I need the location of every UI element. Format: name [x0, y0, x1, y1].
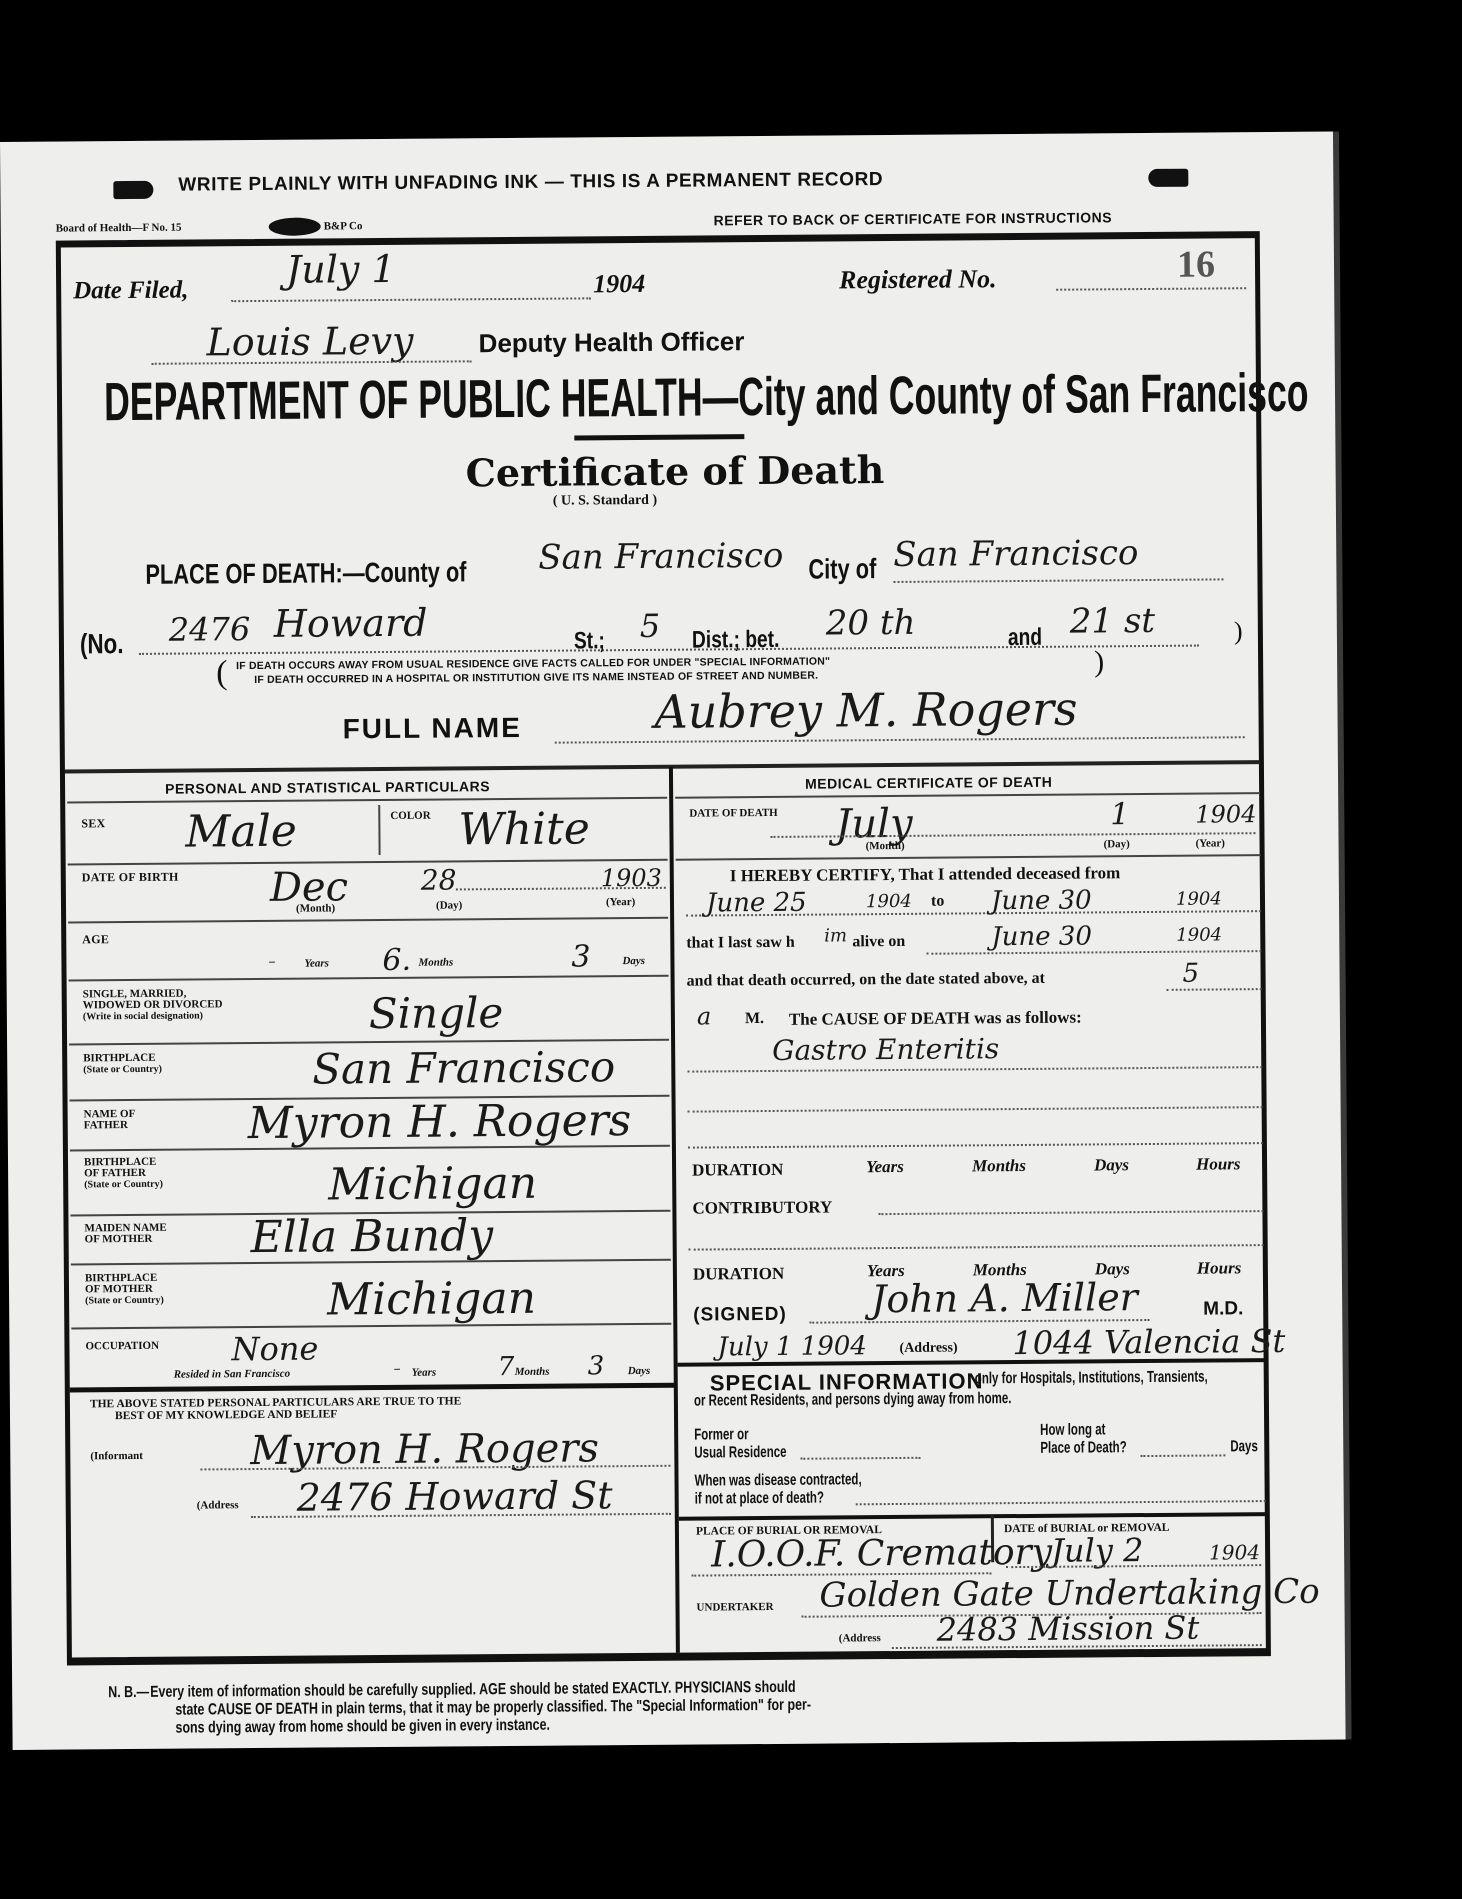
- attended-from-year: 1904: [866, 891, 912, 912]
- special-info-subtitle: only for Hospitals, Institutions, Transi…: [975, 1369, 1208, 1389]
- dob-month-caption: (Month): [296, 903, 335, 914]
- md-label: M.D.: [1203, 1298, 1243, 1320]
- informant-statement-2: BEST OF MY KNOWLEDGE AND BELIEF: [115, 1409, 337, 1422]
- duration-2-hours: Hours: [1197, 1258, 1242, 1278]
- dob-label: DATE OF BIRTH: [82, 871, 179, 884]
- duration-1-months: Months: [972, 1156, 1026, 1176]
- dob-year-caption: (Year): [606, 897, 635, 908]
- last-saw-label: that I last saw h: [686, 934, 795, 953]
- mother-birthplace-value: Michigan: [327, 1273, 536, 1326]
- informant-label: (Informant: [90, 1451, 143, 1462]
- father-value: Myron H. Rogers: [248, 1095, 632, 1149]
- between-street-2: 21 st: [1070, 601, 1155, 642]
- medical-section-title: MEDICAL CERTIFICATE OF DEATH: [805, 774, 1052, 792]
- cause-value: Gastro Enteritis: [772, 1032, 999, 1067]
- father-birthplace-label-2: OF FATHER: [84, 1168, 146, 1179]
- duration-1-years: Years: [866, 1157, 904, 1177]
- age-years-caption: Years: [304, 957, 329, 969]
- undertaker-address-label: (Address: [839, 1633, 881, 1644]
- physician-signature: John A. Miller: [871, 1275, 1138, 1321]
- color-label: COLOR: [390, 811, 430, 822]
- sex-value: Male: [185, 806, 297, 858]
- special-info-subtitle-2: or Recent Residents, and persons dying a…: [694, 1390, 1012, 1410]
- resided-years: –: [394, 1361, 401, 1377]
- how-long-label-1: How long at: [1040, 1421, 1105, 1440]
- resided-days-caption: Days: [628, 1365, 651, 1377]
- dod-year: 1904: [1195, 800, 1256, 828]
- city-label: City of: [808, 553, 876, 586]
- occupation-value: None: [231, 1330, 318, 1369]
- age-months: 6.: [382, 943, 411, 978]
- resided-months: 7: [498, 1352, 515, 1382]
- dod-day: 1: [1110, 797, 1129, 832]
- undertaker-label: UNDERTAKER: [696, 1602, 773, 1614]
- paren-close: ): [1234, 616, 1243, 646]
- pointing-hand-icon-right: [1148, 169, 1188, 187]
- age-days-caption: Days: [622, 955, 645, 967]
- cause-label: The CAUSE OF DEATH was as follows:: [789, 1008, 1082, 1030]
- department-title: DEPARTMENT OF PUBLIC HEALTH—City and Cou…: [104, 362, 1309, 433]
- age-years: –: [268, 954, 275, 970]
- union-label-seal-icon: [269, 217, 321, 235]
- last-seen-date: June 30: [991, 921, 1092, 952]
- registered-number: 16: [1177, 242, 1215, 286]
- dod-label: DATE OF DEATH: [689, 808, 778, 820]
- mother-birthplace-label-2: OF MOTHER: [85, 1284, 153, 1296]
- form-id: Board of Health—F No. 15: [56, 223, 182, 235]
- full-name-label: FULL NAME: [342, 712, 521, 745]
- full-name-value: Aubrey M. Rogers: [654, 682, 1077, 739]
- attended-to: June 30: [991, 885, 1092, 916]
- resided-years-caption: Years: [412, 1367, 437, 1379]
- certificate-subtitle: ( U. S. Standard ): [553, 495, 657, 507]
- date-filed-label: Date Filed,: [73, 277, 188, 306]
- how-long-label-2: Place of Death?: [1040, 1439, 1127, 1458]
- officer-signature: Louis Levy: [206, 319, 413, 365]
- mother-label-2: OF MOTHER: [85, 1234, 153, 1246]
- last-seen-year: 1904: [1176, 924, 1222, 945]
- color-value: White: [458, 803, 590, 855]
- instructions-note: REFER TO BACK OF CERTIFICATE FOR INSTRUC…: [714, 209, 1113, 228]
- father-birthplace-value: Michigan: [328, 1158, 537, 1211]
- age-days: 3: [571, 939, 590, 974]
- nb-line-3: sons dying away from home should be give…: [175, 1717, 550, 1738]
- burial-year-value: 1904: [1209, 1540, 1260, 1564]
- st-label: St.;: [574, 627, 605, 655]
- and-label: and: [1008, 624, 1042, 652]
- signed-date: July 1 1904: [717, 1331, 867, 1362]
- am-pm-value: a: [697, 1002, 712, 1030]
- marital-label-3: (Write in social designation): [83, 1010, 203, 1022]
- m-label: M.: [745, 1010, 764, 1028]
- certify-text: I HEREBY CERTIFY, That I attended deceas…: [730, 863, 1121, 886]
- burial-place-value: I.O.O.F. Crematory: [711, 1532, 1052, 1576]
- former-residence-label-2: Usual Residence: [694, 1444, 786, 1463]
- to-label: to: [931, 893, 944, 911]
- occurred-text: and that death occurred, on the date sta…: [687, 970, 1045, 991]
- resided-months-caption: Months: [515, 1366, 550, 1378]
- age-months-caption: Months: [418, 956, 453, 968]
- birthplace-label-1: BIRTHPLACE: [83, 1053, 155, 1065]
- alive-on-label: alive on: [852, 933, 905, 951]
- days-label: Days: [1230, 1438, 1258, 1456]
- street-number: 2476: [169, 610, 251, 649]
- duration-label-1: DURATION: [692, 1160, 783, 1181]
- certificate-title: Certificate of Death: [465, 447, 884, 495]
- date-filed-year: 1904: [593, 269, 645, 299]
- duration-1-days: Days: [1094, 1155, 1129, 1175]
- resided-label: Resided in San Francisco: [174, 1368, 291, 1381]
- last-saw-pronoun: im: [824, 925, 847, 946]
- signed-label: (SIGNED): [693, 1304, 787, 1327]
- informant-address-label: (Address: [197, 1500, 239, 1511]
- district-value: 5: [640, 607, 661, 645]
- note-paren-close: ): [1094, 647, 1104, 677]
- undertaker-address-value: 2483 Mission St: [937, 1609, 1200, 1649]
- street-name: Howard: [274, 601, 428, 646]
- mother-birthplace-label-3: (State or Country): [85, 1295, 164, 1307]
- physician-address: 1044 Valencia St: [1012, 1322, 1285, 1362]
- mother-value: Ella Bundy: [250, 1210, 493, 1263]
- between-street-1: 20 th: [826, 603, 916, 644]
- marital-value: Single: [369, 988, 504, 1038]
- age-label: AGE: [82, 933, 109, 945]
- place-of-death-label: PLACE OF DEATH:—County of: [145, 556, 466, 591]
- duration-label-2: DURATION: [693, 1264, 784, 1285]
- contracted-label-1: When was disease contracted,: [694, 1471, 861, 1490]
- officer-title: Deputy Health Officer: [478, 326, 744, 359]
- duration-1-hours: Hours: [1196, 1154, 1241, 1174]
- dob-day-caption: (Day): [436, 900, 462, 911]
- dist-label: Dist.; bet.: [692, 626, 780, 655]
- dod-month-caption: (Month): [866, 841, 905, 852]
- father-birthplace-label-3: (State or Country): [84, 1179, 163, 1191]
- registered-label: Registered No.: [839, 264, 997, 295]
- contributory-label: CONTRIBUTORY: [692, 1197, 832, 1218]
- street-no-label: (No.: [80, 628, 124, 660]
- dob-day: 28: [421, 863, 457, 896]
- certificate-paper: WRITE PLAINLY WITH UNFADING INK — THIS I…: [0, 132, 1346, 1750]
- attended-from: June 25: [706, 888, 807, 919]
- dod-year-caption: (Year): [1196, 838, 1225, 849]
- burial-date-value: July 2: [1051, 1531, 1144, 1570]
- father-label-2: FATHER: [84, 1120, 128, 1131]
- nb-label: N. B.—: [108, 1684, 149, 1702]
- date-filed-value: July 1: [286, 247, 396, 292]
- dod-day-caption: (Day): [1104, 839, 1130, 850]
- printer: B&P Co: [324, 221, 363, 232]
- top-notice: WRITE PLAINLY WITH UNFADING INK — THIS I…: [178, 169, 883, 197]
- contracted-label-2: if not at place of death?: [695, 1490, 824, 1509]
- personal-section-title: PERSONAL AND STATISTICAL PARTICULARS: [165, 778, 490, 797]
- birthplace-value: San Francisco: [312, 1042, 615, 1093]
- time-of-death: 5: [1182, 959, 1199, 989]
- attended-to-year: 1904: [1176, 888, 1222, 909]
- physician-address-label: (Address): [899, 1341, 957, 1357]
- resided-days: 3: [588, 1351, 605, 1381]
- birthplace-label-2: (State or Country): [83, 1064, 162, 1076]
- former-residence-label-1: Former or: [694, 1426, 749, 1444]
- note-paren-open: (: [216, 658, 228, 688]
- sex-label: SEX: [81, 817, 105, 829]
- city-value: San Francisco: [893, 533, 1138, 575]
- county-value: San Francisco: [538, 536, 783, 578]
- pointing-hand-icon: [113, 181, 153, 199]
- occupation-label: OCCUPATION: [85, 1341, 159, 1353]
